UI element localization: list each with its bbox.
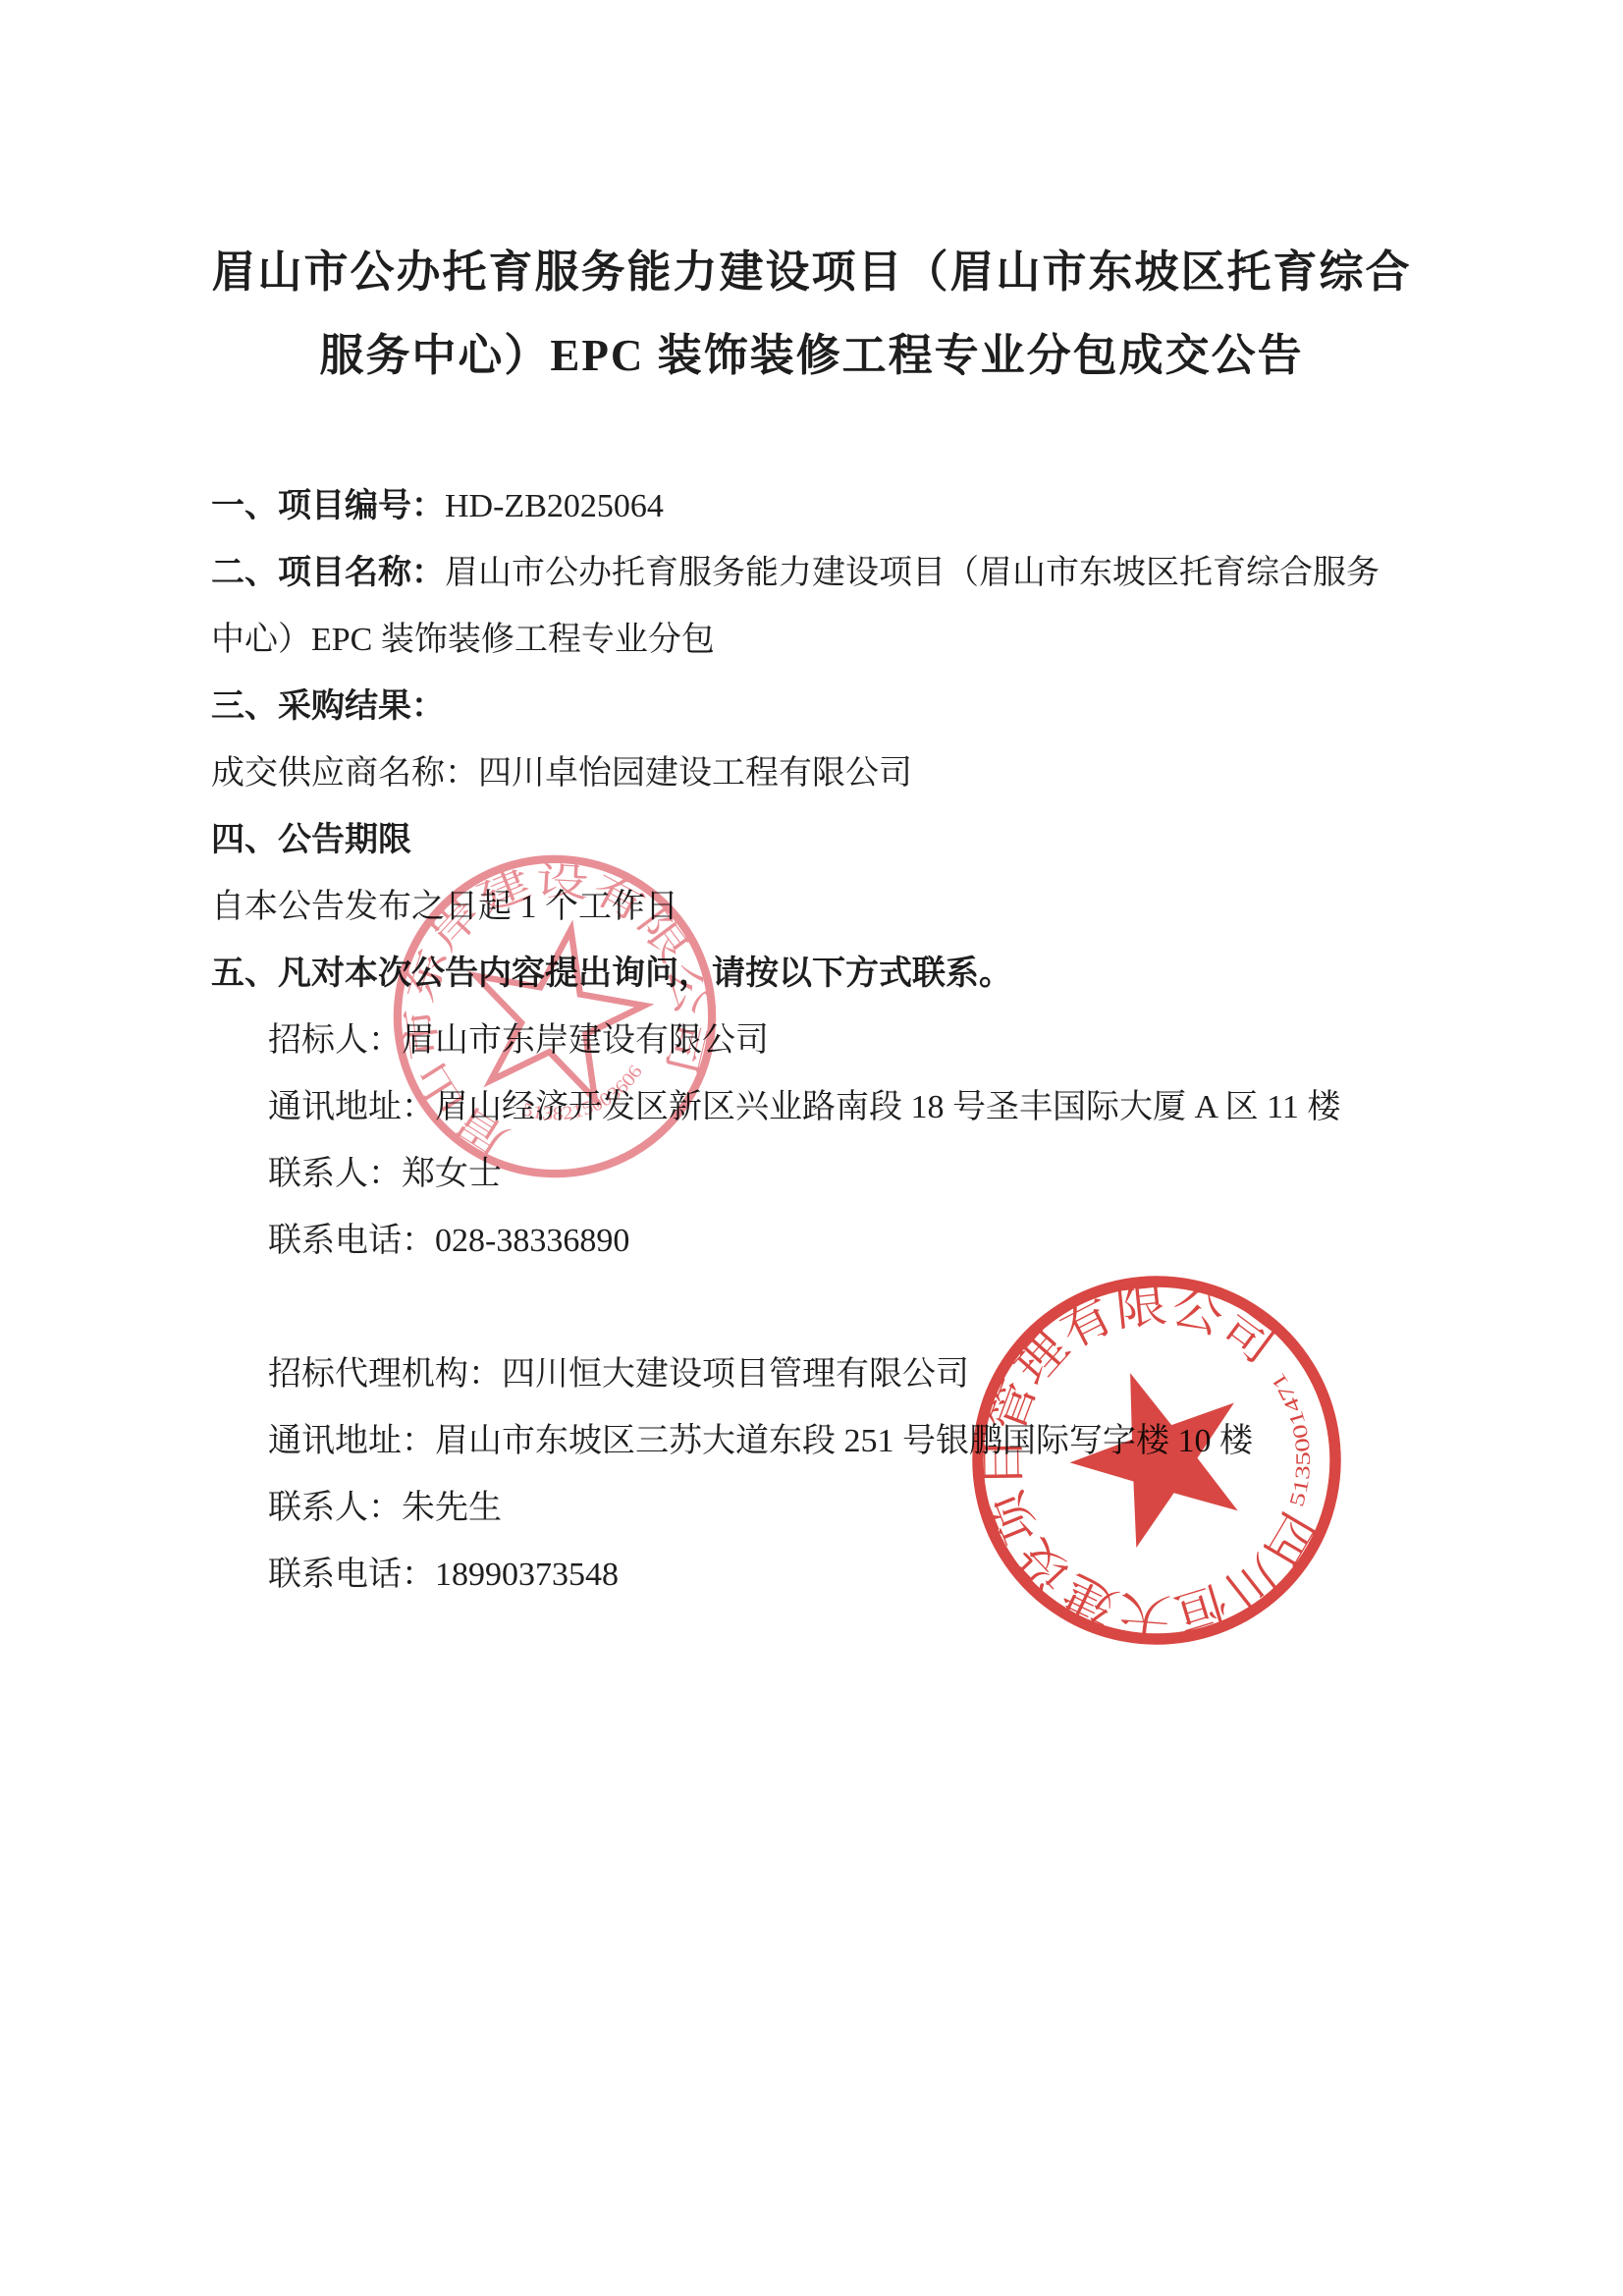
item-value: 成交供应商名称：四川卓怡园建设工程有限公司	[211, 755, 912, 792]
line-project-name: 二、项目名称：眉山市公办托育服务能力建设项目（眉山市东坡区托育综合服务	[211, 540, 1488, 607]
announcement-document: 眉山市公办托育服务能力建设项目（眉山市东坡区托育综合 服务中心）EPC 装饰装修…	[0, 0, 1623, 2296]
item-value: 联系人：朱先生	[268, 1490, 502, 1526]
item-value: HD-ZB2025064	[445, 488, 664, 524]
line-agency: 招标代理机构：四川恒大建设项目管理有限公司	[211, 1341, 1488, 1408]
item-value: 联系电话：18990373548	[268, 1557, 619, 1593]
item-value: 联系人：郑女士	[268, 1156, 502, 1192]
item-value: 招标代理机构：四川恒大建设项目管理有限公司	[268, 1356, 969, 1393]
title-line-1: 眉山市公办托育服务能力建设项目（眉山市东坡区托育综合	[0, 231, 1623, 314]
line-agency-contact: 联系人：朱先生	[211, 1475, 1488, 1542]
item-value: 通讯地址：眉山市东坡区三苏大道东段 251 号银鹏国际写字楼 10 楼	[268, 1423, 1253, 1459]
line-tenderer: 招标人：眉山市东岸建设有限公司	[211, 1008, 1488, 1074]
item-value: 招标人：眉山市东岸建设有限公司	[268, 1022, 769, 1059]
item-label: 二、项目名称：	[211, 555, 445, 591]
item-value: 通讯地址：眉山经济开发区新区兴业路南段 18 号圣丰国际大厦 A 区 11 楼	[268, 1089, 1340, 1125]
item-label: 五、凡对本次公告内容提出询问，请按以下方式联系。	[211, 956, 1012, 992]
line-inquiry-notice: 五、凡对本次公告内容提出询问，请按以下方式联系。	[211, 941, 1488, 1008]
item-value: 眉山市公办托育服务能力建设项目（眉山市东坡区托育综合服务	[445, 555, 1380, 591]
line-agency-phone: 联系电话：18990373548	[211, 1542, 1488, 1609]
document-body: 一、项目编号：HD-ZB2025064 二、项目名称：眉山市公办托育服务能力建设…	[211, 473, 1488, 1609]
item-label: 四、公告期限	[211, 822, 411, 858]
line-project-number: 一、项目编号：HD-ZB2025064	[211, 473, 1488, 540]
line-tenderer-contact: 联系人：郑女士	[211, 1141, 1488, 1208]
line-winning-supplier: 成交供应商名称：四川卓怡园建设工程有限公司	[211, 740, 1488, 807]
page-title: 眉山市公办托育服务能力建设项目（眉山市东坡区托育综合 服务中心）EPC 装饰装修…	[0, 231, 1623, 398]
item-value: 联系电话：028-38336890	[268, 1223, 629, 1259]
title-line-2: 服务中心）EPC 装饰装修工程专业分包成交公告	[0, 314, 1623, 398]
line-project-name-cont: 中心）EPC 装饰装修工程专业分包	[211, 607, 1488, 674]
item-label: 三、采购结果：	[211, 688, 445, 725]
line-tenderer-address: 通讯地址：眉山经济开发区新区兴业路南段 18 号圣丰国际大厦 A 区 11 楼	[211, 1074, 1488, 1141]
line-tenderer-phone: 联系电话：028-38336890	[211, 1208, 1488, 1275]
line-announcement-period: 四、公告期限	[211, 807, 1488, 874]
item-value: 自本公告发布之日起 1 个工作日	[211, 889, 678, 925]
item-value: 中心）EPC 装饰装修工程专业分包	[211, 622, 715, 658]
line-procurement-result: 三、采购结果：	[211, 674, 1488, 740]
line-period-value: 自本公告发布之日起 1 个工作日	[211, 874, 1488, 941]
item-label: 一、项目编号：	[211, 488, 445, 524]
line-agency-address: 通讯地址：眉山市东坡区三苏大道东段 251 号银鹏国际写字楼 10 楼	[211, 1408, 1488, 1475]
